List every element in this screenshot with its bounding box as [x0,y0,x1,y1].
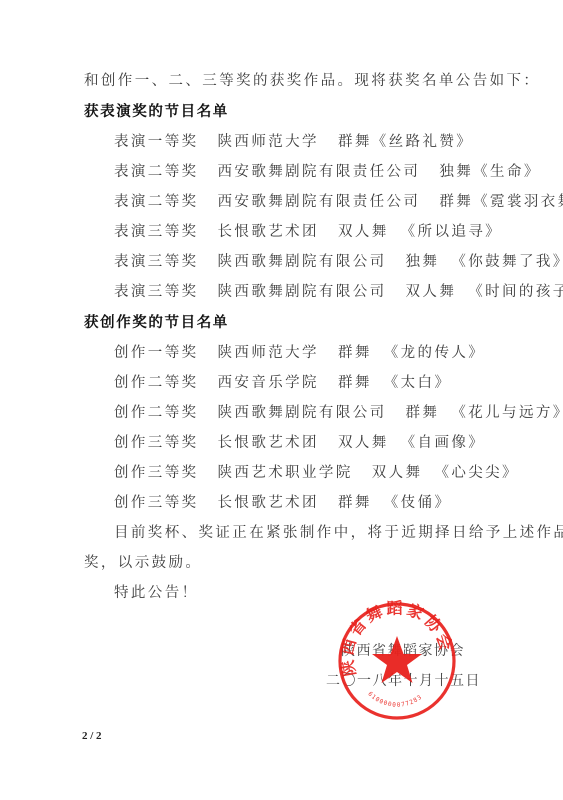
creation-award-row: 创作二等奖 西安音乐学院 群舞《太白》 [114,374,451,392]
award-title: 《生命》 [473,163,541,181]
notice-line: 特此公告！ [114,584,199,602]
award-unit: 陕西师范大学 [218,344,319,362]
award-title: 《自画像》 [401,434,486,452]
award-level: 创作三等奖 [114,464,199,482]
award-category: 群舞 [338,133,372,151]
award-category: 双人舞 [338,434,389,452]
award-level: 表演三等奖 [114,283,199,301]
award-level: 创作二等奖 [114,374,199,392]
award-unit: 长恨歌艺术团 [218,494,319,512]
award-unit: 陕西师范大学 [218,133,319,151]
award-category: 群舞 [338,494,372,512]
performance-award-row: 表演二等奖 西安歌舞剧院有限责任公司 群舞《霓裳羽衣舞》 [114,193,563,211]
performance-award-row: 表演三等奖 陕西歌舞剧院有限公司 双人舞《时间的孩子》 [114,283,563,301]
award-level: 创作二等奖 [114,404,199,422]
award-level: 表演三等奖 [114,253,199,271]
award-unit: 陕西艺术职业学院 [218,464,353,482]
award-category: 群舞 [338,344,372,362]
creation-award-row: 创作三等奖 陕西艺术职业学院 双人舞《心尖尖》 [114,464,519,482]
seal-serial: 6100000077283 [366,691,423,709]
official-seal: 陕西省舞蹈家协会 6100000077283 [336,600,458,722]
page-number: 2 / 2 [82,730,102,742]
award-level: 创作三等奖 [114,494,199,512]
award-unit: 陕西歌舞剧院有限公司 [218,253,387,271]
award-unit: 长恨歌艺术团 [218,223,319,241]
performance-award-row: 表演一等奖 陕西师范大学 群舞《丝路礼赞》 [114,133,473,151]
creation-award-row: 创作一等奖 陕西师范大学 群舞《龙的传人》 [114,344,485,362]
document-page: 和创作一、二、三等奖的获奖作品。现将获奖名单公告如下： 获表演奖的节目名单 表演… [0,0,563,800]
signature-date: 二〇一八年十月十五日 [326,670,481,690]
closing-paragraph-line-1: 目前奖杯、奖证正在紧张制作中，将于近期择日给予上述作品颁 [114,524,563,542]
creation-award-row: 创作三等奖 长恨歌艺术团 双人舞《自画像》 [114,434,485,452]
performance-award-row: 表演三等奖 陕西歌舞剧院有限公司 独舞《你鼓舞了我》 [114,253,563,271]
creation-award-row: 创作三等奖 长恨歌艺术团 群舞《伎俑》 [114,494,451,512]
award-category: 独舞 [406,253,440,271]
award-title: 《太白》 [384,374,452,392]
award-title: 《花儿与远方》 [451,404,563,422]
seal-org-text: 陕西省舞蹈家协会 [337,600,456,678]
award-category: 群舞 [338,374,372,392]
award-title: 《霓裳羽衣舞》 [473,193,563,211]
award-category: 双人舞 [372,464,423,482]
intro-line: 和创作一、二、三等奖的获奖作品。现将获奖名单公告如下： [84,72,540,90]
award-category: 双人舞 [338,223,389,241]
award-unit: 陕西歌舞剧院有限公司 [218,404,387,422]
award-title: 《时间的孩子》 [468,283,563,301]
award-unit: 西安歌舞剧院有限责任公司 [218,193,421,211]
award-category: 群舞 [439,193,473,211]
award-title: 《心尖尖》 [434,464,519,482]
award-unit: 陕西歌舞剧院有限公司 [218,283,387,301]
award-level: 创作三等奖 [114,434,199,452]
performance-award-row: 表演三等奖 长恨歌艺术团 双人舞《所以追寻》 [114,223,502,241]
creation-award-row: 创作二等奖 陕西歌舞剧院有限公司 群舞《花儿与远方》 [114,404,563,422]
award-unit: 西安歌舞剧院有限责任公司 [218,163,421,181]
award-category: 双人舞 [406,283,457,301]
award-level: 表演三等奖 [114,223,199,241]
performance-heading: 获表演奖的节目名单 [84,103,229,121]
performance-award-row: 表演二等奖 西安歌舞剧院有限责任公司 独舞《生命》 [114,163,541,181]
award-title: 《所以追寻》 [401,223,502,241]
signature-organization: 陕西省舞蹈家协会 [341,640,465,660]
creation-heading: 获创作奖的节目名单 [84,314,229,332]
award-title: 《你鼓舞了我》 [451,253,563,271]
award-level: 表演一等奖 [114,133,199,151]
closing-paragraph-line-2: 奖，以示鼓励。 [84,554,202,572]
award-level: 表演二等奖 [114,163,199,181]
award-title: 《龙的传人》 [384,344,485,362]
award-level: 表演二等奖 [114,193,199,211]
award-category: 群舞 [406,404,440,422]
award-category: 独舞 [439,163,473,181]
award-level: 创作一等奖 [114,344,199,362]
award-unit: 长恨歌艺术团 [218,434,319,452]
award-title: 《伎俑》 [384,494,452,512]
award-title: 《丝路礼赞》 [372,133,473,151]
award-unit: 西安音乐学院 [218,374,319,392]
